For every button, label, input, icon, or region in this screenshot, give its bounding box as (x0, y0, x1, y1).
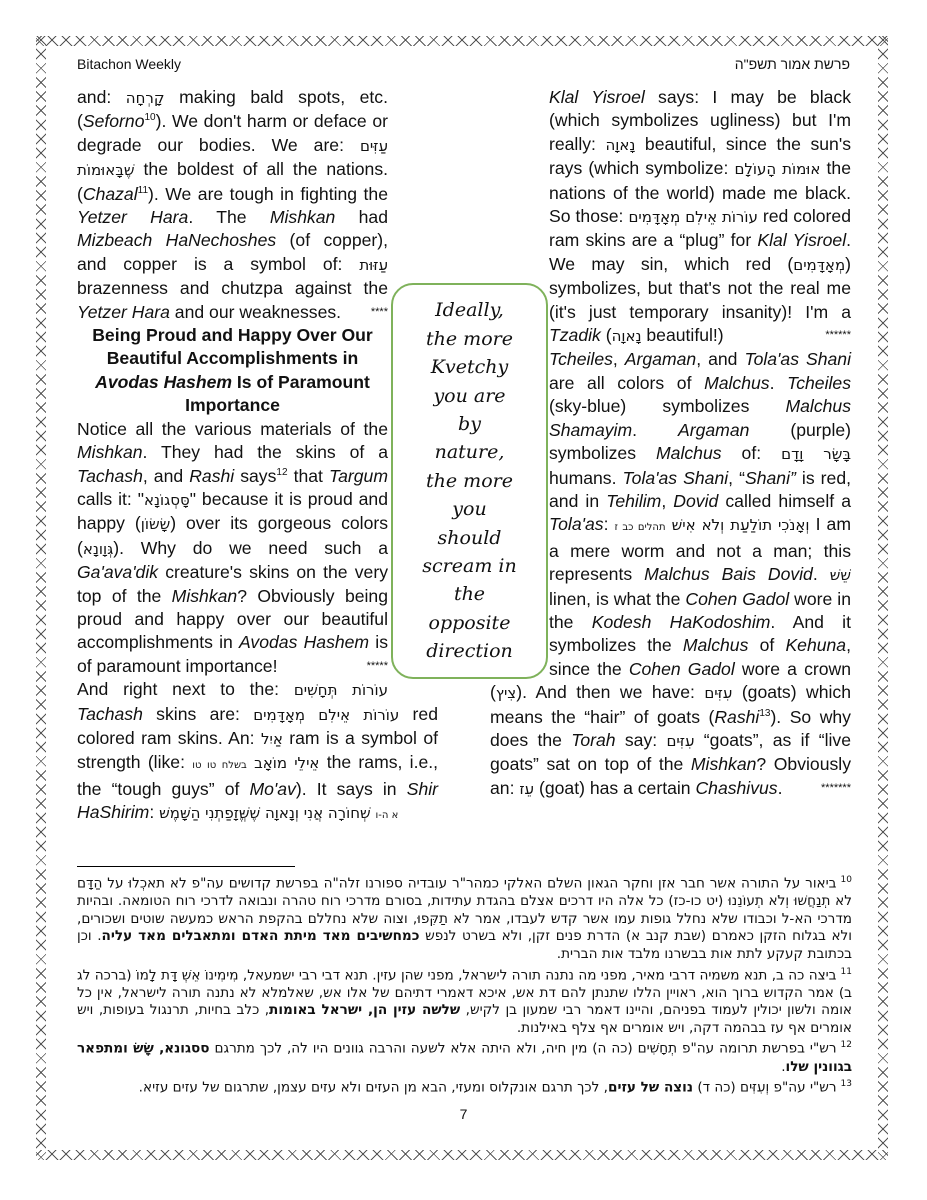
right-column: Klal Yisroel says: I may be black (which… (490, 86, 851, 801)
border-bottom (36, 1150, 888, 1160)
footnotes: 10ביאור על התורה אשר חבר אזן וחקר הגאון … (77, 872, 852, 1097)
footnote: 13רש"י עה"פ וְעִזִּים (כה ד) נוצה של עזי… (77, 1076, 852, 1097)
footnote: 11ביצה כה ב, תנא משמיה דרבי מאיר, מפני מ… (77, 964, 852, 1038)
paragraph: Notice all the various materials of the … (77, 418, 438, 678)
border-right (878, 36, 888, 1160)
page-number: 7 (0, 1106, 927, 1122)
section-separator-stars: ****** (825, 324, 851, 347)
section-separator-stars: **** (371, 301, 388, 324)
section-separator-stars: ******* (821, 777, 851, 800)
page-header: Bitachon Weekly פרשת אמור תשפ"ה (77, 56, 850, 76)
footnote-number: 13 (841, 1079, 852, 1089)
footnote-ref[interactable]: 12 (276, 467, 287, 478)
publication-title: Bitachon Weekly (77, 56, 181, 72)
footnote-ref[interactable]: 13 (759, 708, 770, 719)
parsha-title: פרשת אמור תשפ"ה (735, 56, 850, 72)
border-left (36, 36, 46, 1160)
section-separator-stars: ***** (367, 655, 388, 678)
left-column: and: קָרְחָה making bald spots, etc. (Se… (77, 86, 438, 828)
footnote-number: 12 (841, 1040, 852, 1050)
footnote: 12רש"י בפרשת תרומה עה"פ תְחָשִׁים (כה ה)… (77, 1037, 852, 1076)
footnote-separator (77, 866, 295, 867)
footnote-ref[interactable]: 10 (144, 113, 155, 124)
paragraph: And right next to the: עוֹרוֹת תְּחָשִׁי… (77, 678, 438, 827)
footnote: 10ביאור על התורה אשר חבר אזן וחקר הגאון … (77, 872, 852, 964)
border-top (36, 36, 888, 46)
section-heading: Being Proud and Happy Over Our Beautiful… (77, 324, 438, 418)
paragraph: and: קָרְחָה making bald spots, etc. (Se… (77, 86, 438, 324)
footnote-number: 10 (841, 875, 852, 885)
footnote-number: 11 (841, 967, 852, 977)
footnote-ref[interactable]: 11 (138, 185, 148, 196)
